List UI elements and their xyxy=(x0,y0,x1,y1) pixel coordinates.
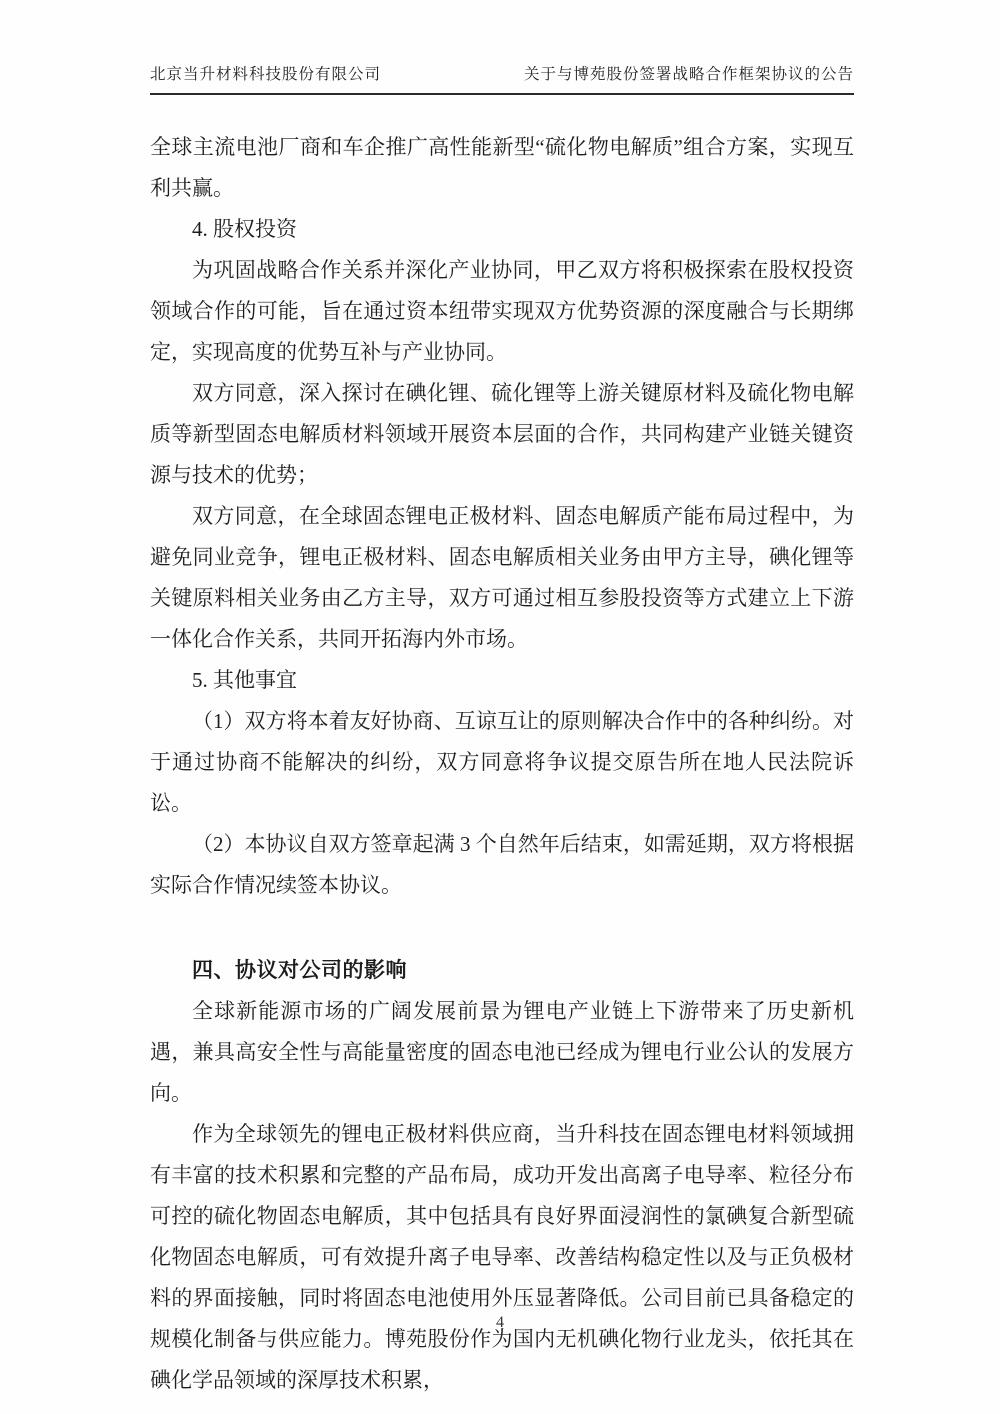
paragraph: 双方同意，深入探讨在碘化锂、硫化锂等上游关键原材料及硫化物电解质等新型固态电解质… xyxy=(150,373,854,496)
document-body: 全球主流电池厂商和车企推广高性能新型“硫化物电解质”组合方案，实现互利共赢。4.… xyxy=(150,127,854,1401)
paragraph: （2）本协议自双方签章起满 3 个自然年后结束，如需延期，双方将根据实际合作情况… xyxy=(150,824,854,906)
header-company-name: 北京当升材料科技股份有限公司 xyxy=(150,62,381,84)
paragraph: 全球主流电池厂商和车企推广高性能新型“硫化物电解质”组合方案，实现互利共赢。 xyxy=(150,127,854,209)
paragraph: 双方同意，在全球固态锂电正极材料、固态电解质产能布局过程中，为避免同业竞争，锂电… xyxy=(150,496,854,660)
paragraph: 5. 其他事宜 xyxy=(150,660,854,701)
paragraph: 为巩固战略合作关系并深化产业协同，甲乙双方将积极探索在股权投资领域合作的可能，旨… xyxy=(150,250,854,373)
paragraph: 4. 股权投资 xyxy=(150,209,854,250)
page-footer: 4 xyxy=(0,1314,1000,1332)
header-announcement-title: 关于与博苑股份签署战略合作框架协议的公告 xyxy=(524,62,854,84)
section-heading: 四、协议对公司的影响 xyxy=(150,950,854,991)
page-number: 4 xyxy=(496,1314,504,1331)
paragraph: 作为全球领先的锂电正极材料供应商，当升科技在固态锂电材料领域拥有丰富的技术积累和… xyxy=(150,1114,854,1401)
document-page: 北京当升材料科技股份有限公司 关于与博苑股份签署战略合作框架协议的公告 全球主流… xyxy=(0,0,1000,1414)
paragraph: 全球新能源市场的广阔发展前景为锂电产业链上下游带来了历史新机遇，兼具高安全性与高… xyxy=(150,991,854,1114)
page-header: 北京当升材料科技股份有限公司 关于与博苑股份签署战略合作框架协议的公告 xyxy=(150,62,854,95)
paragraph: （1）双方将本着友好协商、互谅互让的原则解决合作中的各种纠纷。对于通过协商不能解… xyxy=(150,701,854,824)
